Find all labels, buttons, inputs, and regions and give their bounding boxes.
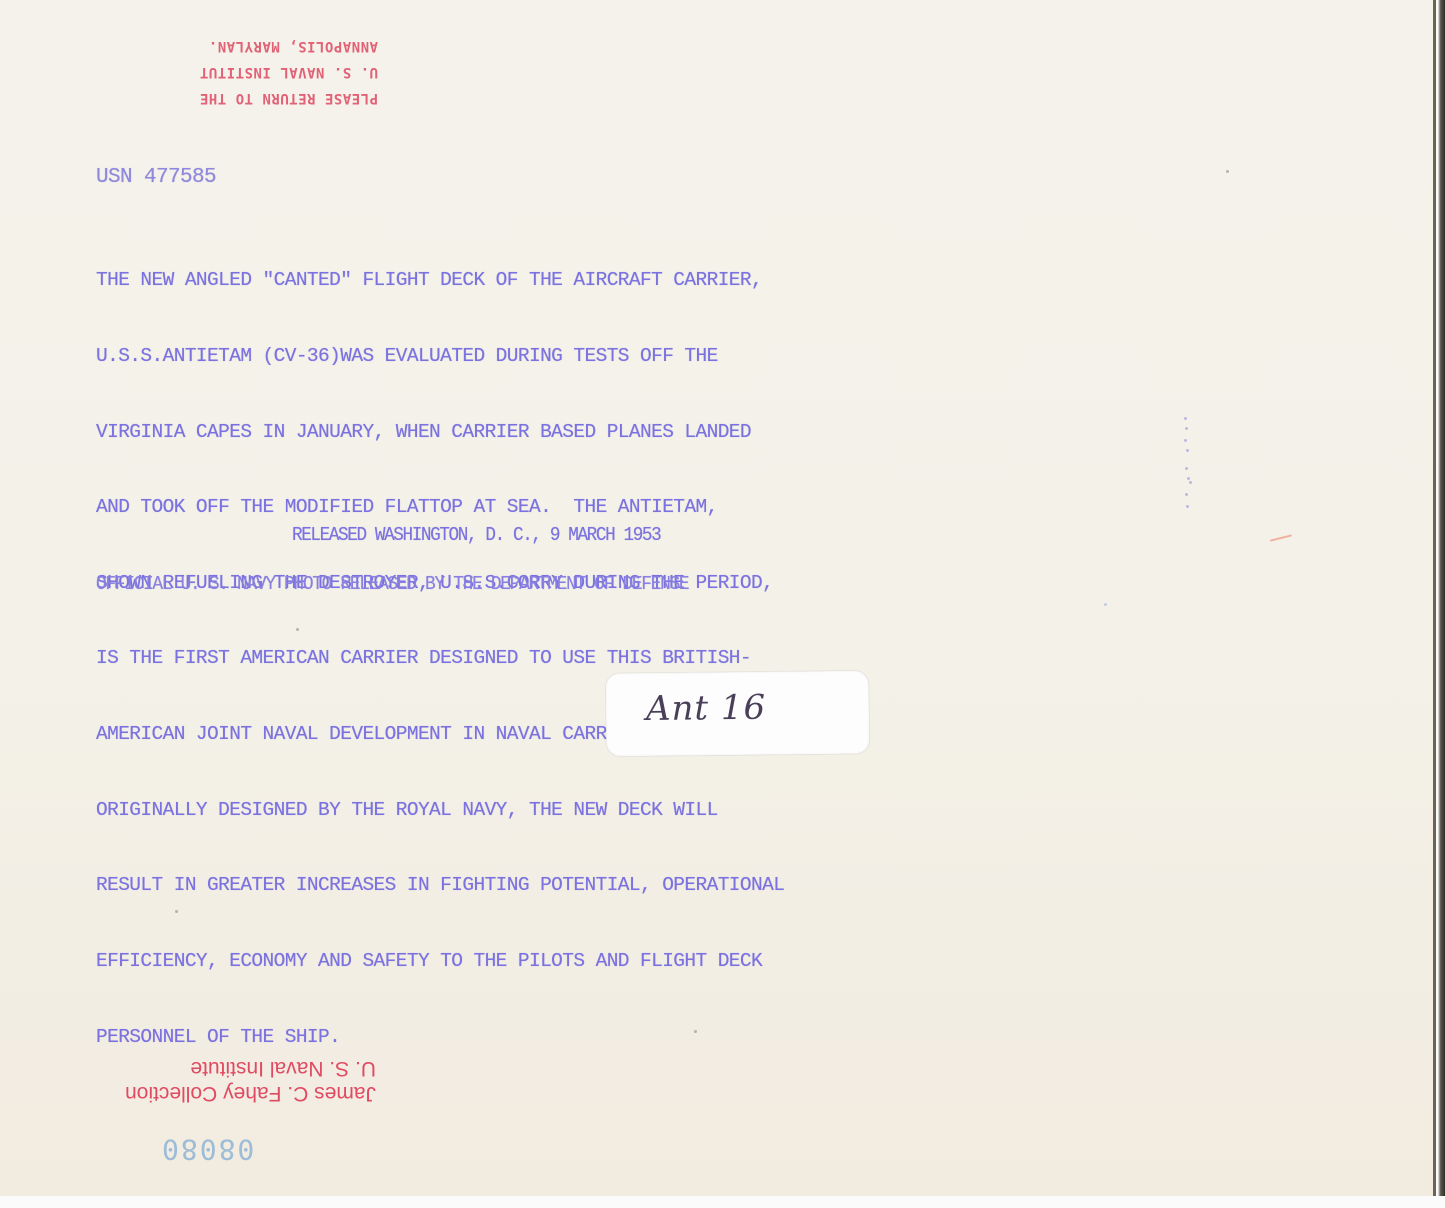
return-to-naval-institute-stamp: PLEASE RETURN TO THE U. S. NAVAL INSTITU… (128, 33, 378, 111)
photo-back-sheet: PLEASE RETURN TO THE U. S. NAVAL INSTITU… (0, 0, 1436, 1196)
caption-line: IS THE FIRST AMERICAN CARRIER DESIGNED T… (96, 646, 784, 671)
return-stamp-line: PLEASE RETURN TO THE (128, 85, 378, 111)
usn-serial-number: USN 477585 (96, 166, 216, 189)
caption-line: VIRGINIA CAPES IN JANUARY, WHEN CARRIER … (96, 420, 784, 445)
scan-edge (1436, 0, 1445, 1208)
fahey-collection-stamp: James C. Fahey Collection U. S. Naval In… (66, 1056, 376, 1106)
dust-speck (1104, 603, 1107, 606)
collection-stamp-line: U. S. Naval Institute (66, 1056, 376, 1081)
release-date-line: RELEASED WASHINGTON, D. C., 9 MARCH 1953 (292, 524, 660, 546)
return-stamp-line: ANNAPOLIS, MARYLAN. (128, 33, 378, 59)
caption-line: U.S.S.ANTIETAM (CV-36)WAS EVALUATED DURI… (96, 344, 784, 369)
caption-line: ORIGINALLY DESIGNED BY THE ROYAL NAVY, T… (96, 798, 784, 823)
handwritten-label-sticker: Ant 16 (606, 671, 870, 757)
archive-number-stamp: 08080 (160, 1133, 254, 1166)
photo-caption: THE NEW ANGLED "CANTED" FLIGHT DECK OF T… (96, 218, 784, 1100)
caption-line: EFFICIENCY, ECONOMY AND SAFETY TO THE PI… (96, 949, 784, 974)
return-stamp-line: U. S. NAVAL INSTITUT (128, 59, 378, 85)
official-navy-photo-line: OFFICIAL U. S. NAVY PHOTO RELEASED BY TH… (96, 573, 688, 595)
caption-line: AND TOOK OFF THE MODIFIED FLATTOP AT SEA… (96, 495, 784, 520)
collection-stamp-line: James C. Fahey Collection (66, 1081, 376, 1106)
scan-bottom-margin (0, 1196, 1445, 1208)
dust-speck (694, 1030, 697, 1033)
handwritten-label-text: Ant 16 (646, 688, 767, 729)
dust-speck (1226, 170, 1229, 173)
caption-line: PERSONNEL OF THE SHIP. (96, 1025, 784, 1050)
red-pencil-mark (1270, 534, 1292, 541)
dust-speck (296, 628, 299, 631)
dust-speck (175, 910, 178, 913)
caption-line: THE NEW ANGLED "CANTED" FLIGHT DECK OF T… (96, 268, 784, 293)
faint-ink-marks (1184, 415, 1192, 515)
caption-line: RESULT IN GREATER INCREASES IN FIGHTING … (96, 873, 784, 898)
